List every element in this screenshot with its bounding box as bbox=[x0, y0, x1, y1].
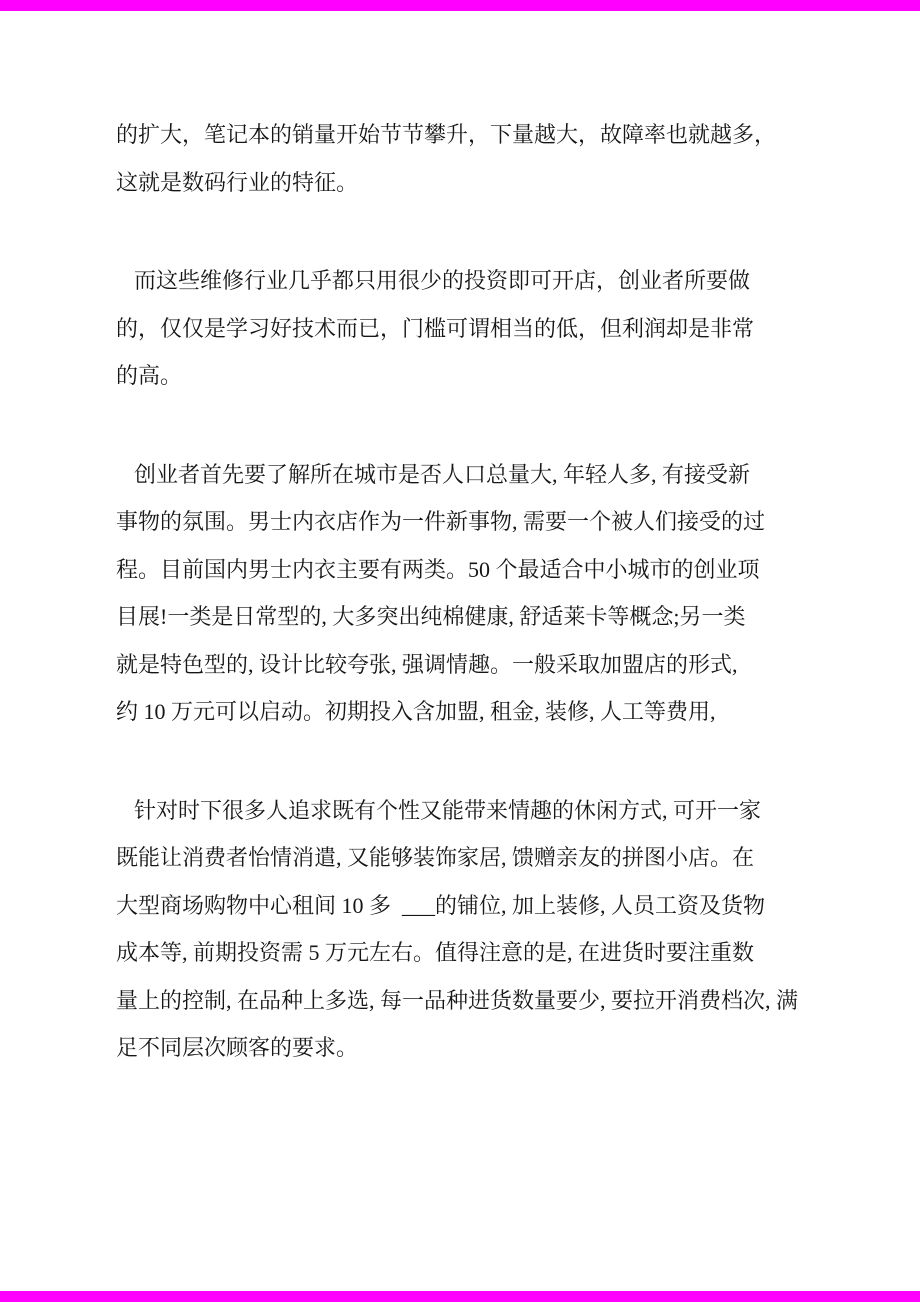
text-line: 针对时下很多人追求既有个性又能带来情趣的休闲方式, 可开一家 bbox=[116, 787, 886, 835]
document-body: 的扩大，笔记本的销量开始节节攀升，下量越大，故障率也就越多，这就是数码行业的特征… bbox=[116, 111, 886, 1123]
paragraph: 创业者首先要了解所在城市是否人口总量大, 年轻人多, 有接受新事物的氛围。男士内… bbox=[116, 451, 886, 736]
text-line: 目展!一类是日常型的, 大多突出纯棉健康, 舒适莱卡等概念;另一类 bbox=[116, 593, 886, 641]
text-line: 就是特色型的, 设计比较夸张, 强调情趣。一般采取加盟店的形式, bbox=[116, 641, 886, 689]
text-line: 的，仅仅是学习好技术而已，门槛可谓相当的低，但利润却是非常 bbox=[116, 305, 886, 353]
text-line: 足不同层次顾客的要求。 bbox=[116, 1024, 886, 1072]
text-line: 事物的氛围。男士内衣店作为一件新事物, 需要一个被人们接受的过 bbox=[116, 498, 886, 546]
text-line: 量上的控制, 在品种上多选, 每一品种进货数量要少, 要拉开消费档次, 满 bbox=[116, 977, 886, 1025]
document-page: { "page": { "background_color": "#ffffff… bbox=[0, 0, 920, 1302]
text-line: 成本等, 前期投资需 5 万元左右。值得注意的是, 在进货时要注重数 bbox=[116, 929, 886, 977]
top-border-bar bbox=[0, 0, 920, 11]
paragraph: 而这些维修行业几乎都只用很少的投资即可开店，创业者所要做的，仅仅是学习好技术而已… bbox=[116, 257, 886, 400]
text-line: 这就是数码行业的特征。 bbox=[116, 159, 886, 207]
bottom-border-bar bbox=[0, 1291, 920, 1302]
paragraph: 的扩大，笔记本的销量开始节节攀升，下量越大，故障率也就越多，这就是数码行业的特征… bbox=[116, 111, 886, 206]
text-line: 而这些维修行业几乎都只用很少的投资即可开店，创业者所要做 bbox=[116, 257, 886, 305]
text-line: 既能让消费者怡情消遣, 又能够装饰家居, 馈赠亲友的拼图小店。在 bbox=[116, 834, 886, 882]
text-line: 的扩大，笔记本的销量开始节节攀升，下量越大，故障率也就越多， bbox=[116, 111, 886, 159]
text-line: 大型商场购物中心租间 10 多 ___的铺位, 加上装修, 人员工资及货物 bbox=[116, 882, 886, 930]
text-line: 程。目前国内男士内衣主要有两类。50 个最适合中小城市的创业项 bbox=[116, 546, 886, 594]
text-line: 约 10 万元可以启动。初期投入含加盟, 租金, 装修, 人工等费用, bbox=[116, 688, 886, 736]
paragraph: 针对时下很多人追求既有个性又能带来情趣的休闲方式, 可开一家既能让消费者怡情消遣… bbox=[116, 787, 886, 1072]
text-line: 创业者首先要了解所在城市是否人口总量大, 年轻人多, 有接受新 bbox=[116, 451, 886, 499]
text-line: 的高。 bbox=[116, 352, 886, 400]
